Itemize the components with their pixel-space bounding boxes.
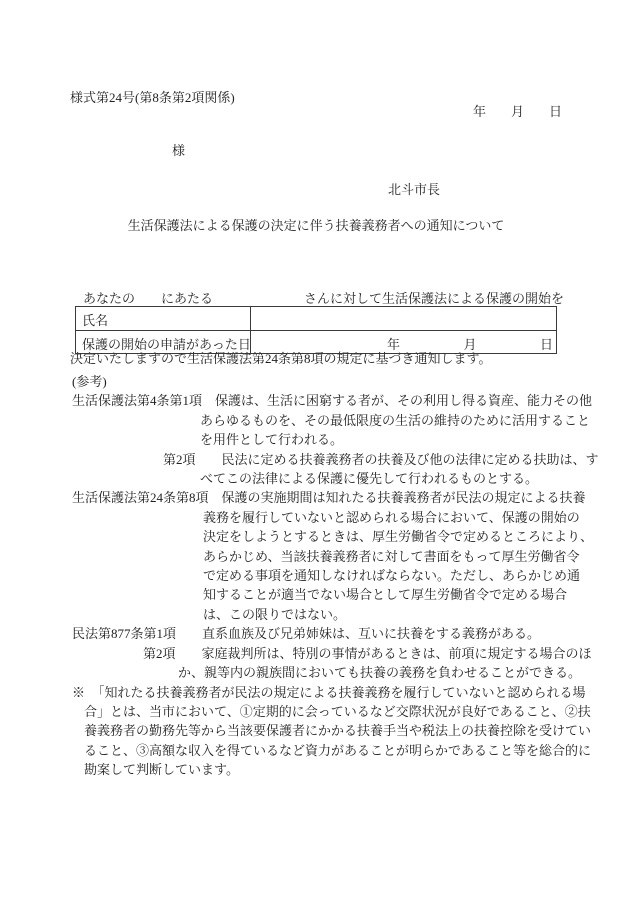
reference-line: 第2項 民法に定める扶養義務者の扶養及び他の法律に定める扶助は、す (72, 450, 592, 469)
notification-table: 氏名 保護の開始の申請があった日 年 月 日 (75, 306, 557, 354)
reference-line: あらかじめ、当該扶養義務者に対して書面をもって厚生労働省令 (72, 547, 592, 566)
date-day-label: 日 (549, 101, 562, 120)
reference-line: ※ 「知れたる扶養義務者が民法の規定による扶養義務を履行していないと認められる場 (72, 683, 592, 702)
reference-heading: (参考) (72, 372, 592, 391)
table-row-name: 氏名 (76, 307, 556, 330)
reference-line: ること、③高額な収入を得ているなど資力があることが明らかであること等を総合的に (72, 741, 592, 760)
reference-line: 生活保護法第24条第8項 保護の実施期間は知れたる扶養義務者が民法の規定による扶… (72, 488, 592, 507)
reference-line: を用件として行われる。 (72, 430, 592, 449)
reference-line: あらゆるものを、その最低限度の生活の維持のために活用すること (72, 411, 592, 430)
addressee-honorific: 様 (172, 140, 185, 159)
reference-line: 生活保護法第4条第1項 保護は、生活に困窮する者が、その利用し得る資産、能力その… (72, 391, 592, 410)
reference-section: (参考) 生活保護法第4条第1項 保護は、生活に困窮する者が、その利用し得る資産… (72, 372, 592, 780)
date-line: 年 月 日 (473, 101, 562, 120)
reference-line: 知することが適当でない場合として厚生労働省令で定める場合 (72, 585, 592, 604)
reference-line: 義務を履行していないと認められる場合において、保護の開始の (72, 508, 592, 527)
form-number: 様式第24号(第8条第2項関係) (70, 87, 235, 106)
application-year-label: 年 (387, 334, 400, 353)
application-date-value: 年 月 日 (251, 331, 556, 353)
date-year-label: 年 (473, 101, 486, 120)
sender-name: 北斗市長 (388, 179, 440, 198)
reference-line: か、親等内の親族間においても扶養の義務を負わせることができる。 (72, 663, 592, 682)
reference-line: 養義務者の勤務先等から当該要保護者にかかる扶養手当や税法上の扶養控除を受けてい (72, 721, 592, 740)
date-month-label: 月 (511, 101, 524, 120)
application-date-label: 保護の開始の申請があった日 (76, 331, 251, 353)
table-row-application-date: 保護の開始の申請があった日 年 月 日 (76, 330, 556, 353)
reference-line: で定める事項を通知しなければならない。ただし、あらかじめ通 (72, 566, 592, 585)
application-day-label: 日 (540, 334, 553, 353)
reference-line: 勘案して判断しています。 (72, 760, 592, 779)
reference-line: は、この限りではない。 (72, 605, 592, 624)
document-page: 様式第24号(第8条第2項関係) 年 月 日 様 北斗市長 生活保護法による保護… (0, 0, 630, 915)
reference-line: 決定をしようとするときは、厚生労働省令で定めるところにより、 (72, 527, 592, 546)
reference-line: 第2項 家庭裁判所は、特別の事情があるときは、前項に規定する場合のほ (72, 644, 592, 663)
name-label: 氏名 (76, 307, 251, 330)
application-month-label: 月 (463, 334, 476, 353)
document-title: 生活保護法による保護の決定に伴う扶養義務者への通知について (72, 215, 560, 234)
reference-line: 民法第877条第1項 直系血族及び兄弟姉妹は、互いに扶養をする義務がある。 (72, 624, 592, 643)
name-value (251, 307, 556, 330)
reference-line: べてこの法律による保護に優先して行われるものとする。 (72, 469, 592, 488)
reference-line: 合」とは、当市において、①定期的に会っているなど交際状況が良好であること、②扶 (72, 702, 592, 721)
